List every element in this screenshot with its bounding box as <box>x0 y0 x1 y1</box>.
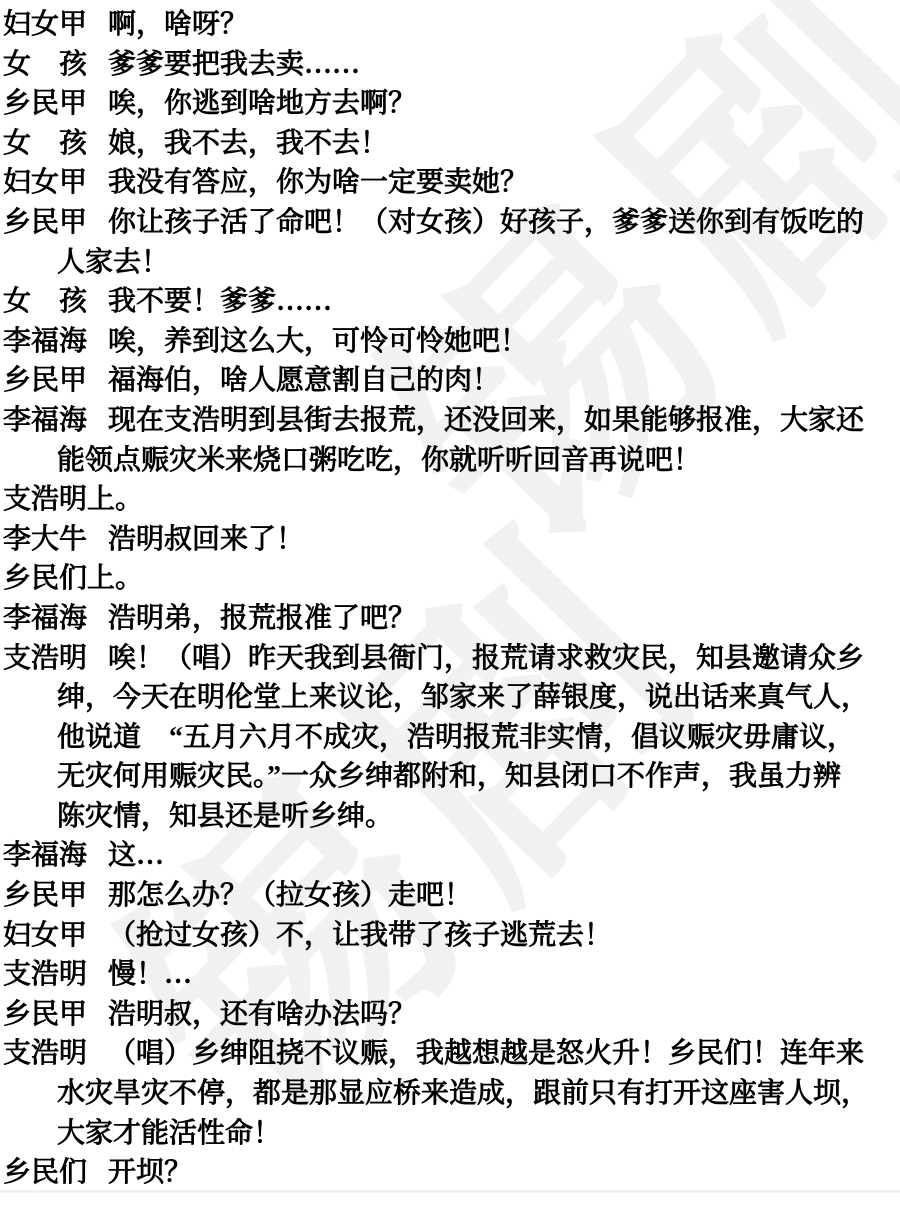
speaker-name: 乡民甲 <box>3 84 108 124</box>
stage-direction: 支浩明上。 <box>3 484 143 515</box>
script-line: 陈灾情，知县还是听乡绅。 <box>0 797 900 837</box>
dialogue-text: 现在支浩明到县街去报荒，还没回来，如果能够报准，大家还 <box>108 405 864 436</box>
dialogue-text: （抢过女孩）不，让我带了孩子逃荒去！ <box>108 920 612 951</box>
dialogue-text: 我不要！爹爹…… <box>108 286 332 317</box>
script-line: 李福海浩明弟，报荒报准了吧？ <box>0 599 900 639</box>
script-line: 李福海现在支浩明到县街去报荒，还没回来，如果能够报准，大家还 <box>0 401 900 441</box>
script-page: 锡剧 锡剧 妇女甲啊，啥呀？女 孩爹爹要把我去卖……乡民甲唉，你逃到啥地方去啊？… <box>0 0 900 1205</box>
script-line: 李大牛浩明叔回来了！ <box>0 520 900 560</box>
dialogue-text: 水灾旱灾不停，都是那显应桥来造成，跟前只有打开这座害人坝， <box>57 1078 869 1109</box>
speaker-name: 妇女甲 <box>3 916 108 956</box>
dialogue-text: 唉，养到这么大，可怜可怜她吧！ <box>108 326 528 357</box>
script-line: 绅，今天在明伦堂上来议论，邹家来了薛银度，说出话来真气人， <box>0 678 900 718</box>
script-line: 女 孩爹爹要把我去卖…… <box>0 45 900 85</box>
dialogue-text: 他说道 “五月六月不成灾，浩明报荒非实情，倡议赈灾毋庸议， <box>57 722 855 753</box>
speaker-name: 乡民甲 <box>3 876 108 916</box>
script-line: 支浩明唉！（唱）昨天我到县衙门，报荒请求救灾民，知县邀请众乡 <box>0 639 900 679</box>
script-line: 李福海这… <box>0 836 900 876</box>
script-line: 乡民们开坝？ <box>0 1153 900 1193</box>
script-line: 女 孩我不要！爹爹…… <box>0 282 900 322</box>
dialogue-text: 唉，你逃到啥地方去啊？ <box>108 88 416 119</box>
dialogue-text: 能领点赈灾米来烧口粥吃吃，你就听听回音再说吧！ <box>57 445 701 476</box>
script-line: 乡民甲福海伯，啥人愿意割自己的肉！ <box>0 361 900 401</box>
dialogue-text: 唉！（唱）昨天我到县衙门，报荒请求救灾民，知县邀请众乡 <box>108 643 864 674</box>
speaker-name: 乡民们 <box>3 1153 108 1193</box>
script-line: 无灾何用赈灾民。”一众乡绅都附和，知县闭口不作声，我虽力辨 <box>0 757 900 797</box>
script-line: 妇女甲我没有答应，你为啥一定要卖她？ <box>0 163 900 203</box>
script-line: 水灾旱灾不停，都是那显应桥来造成，跟前只有打开这座害人坝， <box>0 1074 900 1114</box>
script-line: 乡民甲唉，你逃到啥地方去啊？ <box>0 84 900 124</box>
dialogue-text: 无灾何用赈灾民。”一众乡绅都附和，知县闭口不作声，我虽力辨 <box>57 761 841 792</box>
script-line: 人家去！ <box>0 243 900 283</box>
script-line: 乡民们上。 <box>0 559 900 599</box>
speaker-name: 妇女甲 <box>3 163 108 203</box>
bottom-divider <box>0 1190 900 1193</box>
speaker-name: 乡民甲 <box>3 995 108 1035</box>
speaker-name: 李大牛 <box>3 520 108 560</box>
script-body: 妇女甲啊，啥呀？女 孩爹爹要把我去卖……乡民甲唉，你逃到啥地方去啊？女 孩娘，我… <box>0 5 900 1193</box>
script-line: 支浩明慢！… <box>0 955 900 995</box>
dialogue-text: 大家才能活性命！ <box>57 1118 281 1149</box>
script-line: 支浩明上。 <box>0 480 900 520</box>
script-line: 女 孩娘，我不去，我不去！ <box>0 124 900 164</box>
dialogue-text: 娘，我不去，我不去！ <box>108 128 388 159</box>
speaker-name: 李福海 <box>3 599 108 639</box>
dialogue-text: 那怎么办？（拉女孩）走吧！ <box>108 880 472 911</box>
dialogue-text: 开坝？ <box>108 1157 192 1188</box>
dialogue-text: 你让孩子活了命吧！（对女孩）好孩子，爹爹送你到有饭吃的 <box>108 207 864 238</box>
dialogue-text: 啊，啥呀？ <box>108 9 248 40</box>
script-line: 支浩明（唱）乡绅阻挠不议赈，我越想越是怒火升！乡民们！连年来 <box>0 1034 900 1074</box>
script-line: 能领点赈灾米来烧口粥吃吃，你就听听回音再说吧！ <box>0 441 900 481</box>
dialogue-text: 浩明叔回来了！ <box>108 524 304 555</box>
dialogue-text: 人家去！ <box>57 247 169 278</box>
script-line: 他说道 “五月六月不成灾，浩明报荒非实情，倡议赈灾毋庸议， <box>0 718 900 758</box>
dialogue-text: 慢！… <box>108 959 192 990</box>
speaker-name: 李福海 <box>3 836 108 876</box>
speaker-name: 李福海 <box>3 401 108 441</box>
dialogue-text: 爹爹要把我去卖…… <box>108 49 360 80</box>
speaker-name: 支浩明 <box>3 955 108 995</box>
script-line: 乡民甲那怎么办？（拉女孩）走吧！ <box>0 876 900 916</box>
dialogue-text: 绅，今天在明伦堂上来议论，邹家来了薛银度，说出话来真气人， <box>57 682 869 713</box>
script-line: 李福海唉，养到这么大，可怜可怜她吧！ <box>0 322 900 362</box>
speaker-name: 乡民甲 <box>3 361 108 401</box>
speaker-name: 女 孩 <box>3 282 108 322</box>
dialogue-text: 福海伯，啥人愿意割自己的肉！ <box>108 365 500 396</box>
speaker-name: 女 孩 <box>3 124 108 164</box>
script-line: 妇女甲（抢过女孩）不，让我带了孩子逃荒去！ <box>0 916 900 956</box>
speaker-name: 妇女甲 <box>3 5 108 45</box>
speaker-name: 支浩明 <box>3 1034 108 1074</box>
script-line: 大家才能活性命！ <box>0 1114 900 1154</box>
speaker-name: 女 孩 <box>3 45 108 85</box>
dialogue-text: 陈灾情，知县还是听乡绅。 <box>57 801 393 832</box>
speaker-name: 支浩明 <box>3 639 108 679</box>
script-line: 乡民甲浩明叔，还有啥办法吗？ <box>0 995 900 1035</box>
script-line: 乡民甲你让孩子活了命吧！（对女孩）好孩子，爹爹送你到有饭吃的 <box>0 203 900 243</box>
dialogue-text: 浩明叔，还有啥办法吗？ <box>108 999 416 1030</box>
speaker-name: 李福海 <box>3 322 108 362</box>
dialogue-text: 这… <box>108 840 164 871</box>
script-line: 妇女甲啊，啥呀？ <box>0 5 900 45</box>
speaker-name: 乡民甲 <box>3 203 108 243</box>
stage-direction: 乡民们上。 <box>3 563 143 594</box>
dialogue-text: （唱）乡绅阻挠不议赈，我越想越是怒火升！乡民们！连年来 <box>108 1038 864 1069</box>
dialogue-text: 浩明弟，报荒报准了吧？ <box>108 603 416 634</box>
dialogue-text: 我没有答应，你为啥一定要卖她？ <box>108 167 528 198</box>
